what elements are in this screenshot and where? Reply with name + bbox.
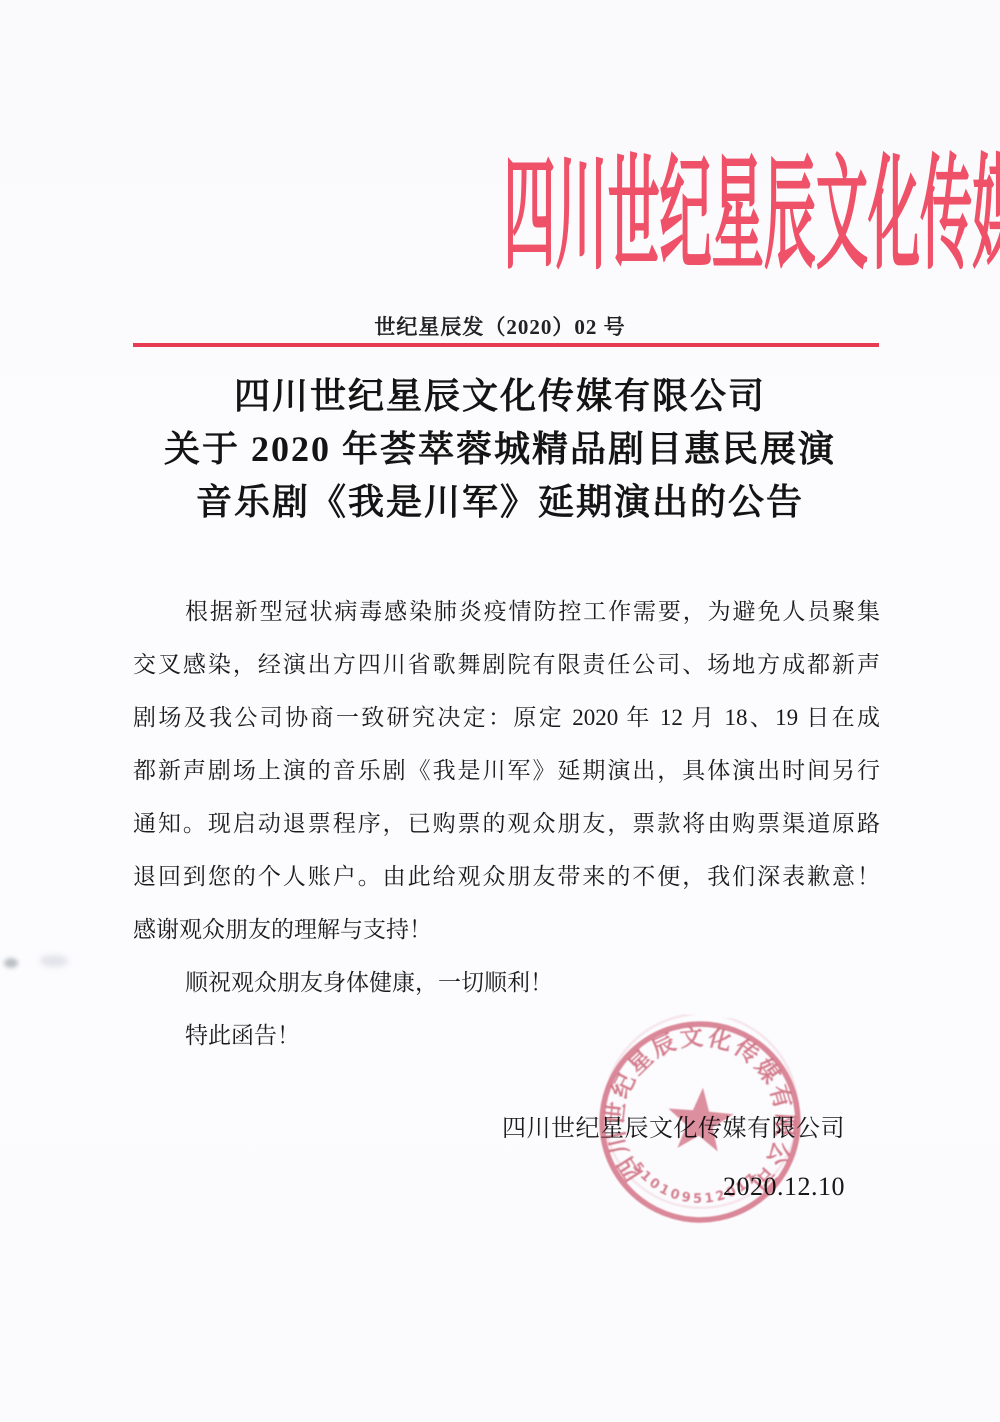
announcement-body: 根据新型冠状病毒感染肺炎疫情防控工作需要，为避免人员聚集 交叉感染，经演出方四川… [133,585,880,1062]
announcement-title: 四川世纪星辰文化传媒有限公司 关于 2020 年荟萃蓉城精品剧目惠民展演 音乐剧… [0,370,1000,529]
scanned-letter-page: 四川世纪星辰文化传媒有限公司 世纪星辰发（2020）02 号 四川世纪星辰文化传… [0,0,1000,1422]
document-number: 世纪星辰发（2020）02 号 [0,311,1000,341]
announcement-title-line2: 关于 2020 年荟萃蓉城精品剧目惠民展演 [0,423,1000,476]
body-line: 剧场及我公司协商一致研究决定：原定 2020 年 12 月 18、19 日在成 [133,691,880,744]
announcement-title-line3: 音乐剧《我是川军》延期演出的公告 [0,476,1000,529]
letterhead-company-name: 四川世纪星辰文化传媒有限公司 [503,150,1000,280]
body-line: 顺祝观众朋友身体健康，一切顺利！ [133,956,880,1009]
red-divider-rule [133,343,879,347]
company-seal: 四川世纪星辰文化传媒有限公司 510109512017 [585,1007,815,1237]
letterhead: 四川世纪星辰文化传媒有限公司 [0,150,1000,280]
body-line: 都新声剧场上演的音乐剧《我是川军》延期演出，具体演出时间另行 [133,744,880,797]
announcement-title-line1: 四川世纪星辰文化传媒有限公司 [0,370,1000,423]
body-line: 退回到您的个人账户。由此给观众朋友带来的不便，我们深表歉意！ [133,850,880,903]
paper-smudge [4,958,18,968]
paper-smudge [40,955,68,967]
body-line: 通知。现启动退票程序，已购票的观众朋友，票款将由购票渠道原路 [133,797,880,850]
body-line: 根据新型冠状病毒感染肺炎疫情防控工作需要，为避免人员聚集 [133,585,880,638]
body-line: 交叉感染，经演出方四川省歌舞剧院有限责任公司、场地方成都新声 [133,638,880,691]
body-line: 感谢观众朋友的理解与支持！ [133,903,880,956]
seal-star-icon [665,1085,735,1153]
